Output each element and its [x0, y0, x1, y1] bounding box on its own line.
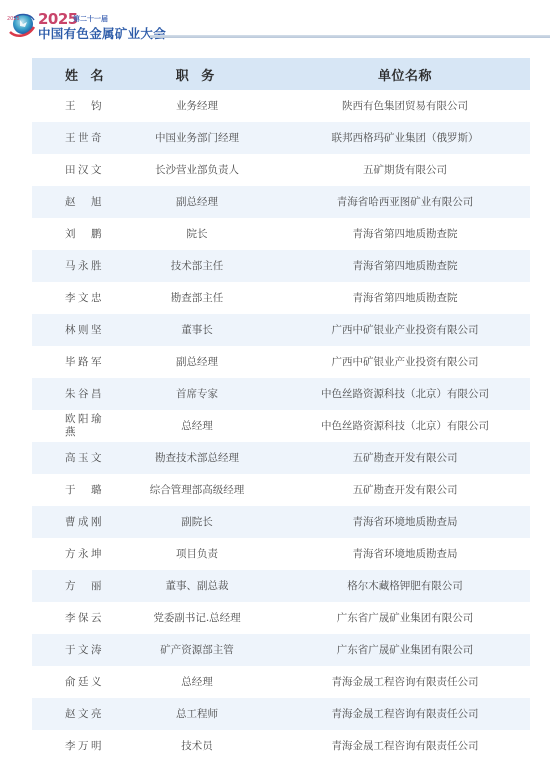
- organization-cell: 中色丝路资源科技（北京）有限公司: [280, 410, 530, 442]
- organization-cell: 五矿期货有限公司: [280, 154, 530, 186]
- table-row: 毕路军副总经理广西中矿银业产业投资有限公司: [32, 346, 530, 378]
- name-cell: 于文涛: [32, 634, 114, 666]
- name-cell: 方 丽: [32, 570, 114, 602]
- table-row: 田汉文长沙营业部负责人五矿期货有限公司: [32, 154, 530, 186]
- position-cell: 副院长: [114, 506, 280, 538]
- position-cell: 勘查技术部总经理: [114, 442, 280, 474]
- position-cell: 业务经理: [114, 90, 280, 122]
- name-cell: 马永胜: [32, 250, 114, 282]
- table-row: 李文忠勘查部主任青海省第四地质勘查院: [32, 282, 530, 314]
- organization-cell: 青海省哈西亚图矿业有限公司: [280, 186, 530, 218]
- table-row: 李保云党委副书记.总经理广东省广晟矿业集团有限公司: [32, 602, 530, 634]
- name-cell: 林则坚: [32, 314, 114, 346]
- conference-banner: 2025 2025 第二十一届 中国有色金属矿业大会: [0, 0, 550, 50]
- name-cell: 高玉文: [32, 442, 114, 474]
- organization-cell: 广西中矿银业产业投资有限公司: [280, 314, 530, 346]
- table-row: 方永坤项目负责青海省环境地质勘查局: [32, 538, 530, 570]
- table-row: 方 丽董事、副总裁格尔木藏格钾肥有限公司: [32, 570, 530, 602]
- organization-cell: 陕西有色集团贸易有限公司: [280, 90, 530, 122]
- position-cell: 中国业务部门经理: [114, 122, 280, 154]
- name-cell: 李万明: [32, 730, 114, 762]
- position-cell: 院长: [114, 218, 280, 250]
- position-cell: 技术部主任: [114, 250, 280, 282]
- table-row: 王世奇中国业务部门经理联邦西格玛矿业集团（俄罗斯）: [32, 122, 530, 154]
- position-cell: 综合管理部高级经理: [114, 474, 280, 506]
- column-header-name: 姓 名: [32, 58, 114, 90]
- name-cell: 赵文亮: [32, 698, 114, 730]
- table-row: 俞廷义总经理青海金晟工程咨询有限责任公司: [32, 666, 530, 698]
- table-row: 刘 鹏院长青海省第四地质勘查院: [32, 218, 530, 250]
- position-cell: 长沙营业部负责人: [114, 154, 280, 186]
- organization-cell: 青海金晟工程咨询有限责任公司: [280, 666, 530, 698]
- position-cell: 党委副书记.总经理: [114, 602, 280, 634]
- column-header-position: 职 务: [114, 58, 280, 90]
- table-row: 于文涛矿产资源部主管广东省广晟矿业集团有限公司: [32, 634, 530, 666]
- name-cell: 王世奇: [32, 122, 114, 154]
- name-cell: 田汉文: [32, 154, 114, 186]
- table-row: 欧阳瑜燕总经理中色丝路资源科技（北京）有限公司: [32, 410, 530, 442]
- position-cell: 勘查部主任: [114, 282, 280, 314]
- name-cell: 于 璐: [32, 474, 114, 506]
- conference-edition: 第二十一届: [73, 15, 108, 23]
- table-row: 王 钧业务经理陕西有色集团贸易有限公司: [32, 90, 530, 122]
- organization-cell: 中色丝路资源科技（北京）有限公司: [280, 378, 530, 410]
- table-row: 赵 旭副总经理青海省哈西亚图矿业有限公司: [32, 186, 530, 218]
- organization-cell: 五矿勘查开发有限公司: [280, 474, 530, 506]
- table-row: 李万明技术员青海金晟工程咨询有限责任公司: [32, 730, 530, 762]
- organization-cell: 联邦西格玛矿业集团（俄罗斯）: [280, 122, 530, 154]
- organization-cell: 青海省环境地质勘查局: [280, 506, 530, 538]
- globe-logo-icon: 2025: [6, 10, 36, 40]
- organization-cell: 广西中矿银业产业投资有限公司: [280, 346, 530, 378]
- name-cell: 赵 旭: [32, 186, 114, 218]
- position-cell: 技术员: [114, 730, 280, 762]
- banner-divider: [150, 35, 550, 38]
- position-cell: 董事长: [114, 314, 280, 346]
- organization-cell: 青海金晟工程咨询有限责任公司: [280, 698, 530, 730]
- svg-text:2025: 2025: [7, 16, 20, 22]
- name-cell: 欧阳瑜燕: [32, 410, 114, 442]
- conference-year: 2025: [38, 12, 78, 27]
- column-header-organization: 单位名称: [280, 58, 530, 90]
- organization-cell: 青海省第四地质勘查院: [280, 282, 530, 314]
- position-cell: 副总经理: [114, 186, 280, 218]
- name-cell: 毕路军: [32, 346, 114, 378]
- name-cell: 刘 鹏: [32, 218, 114, 250]
- organization-cell: 五矿勘查开发有限公司: [280, 442, 530, 474]
- position-cell: 首席专家: [114, 378, 280, 410]
- organization-cell: 格尔木藏格钾肥有限公司: [280, 570, 530, 602]
- name-cell: 王 钧: [32, 90, 114, 122]
- name-cell: 曹成刚: [32, 506, 114, 538]
- position-cell: 项目负责: [114, 538, 280, 570]
- table-row: 林则坚董事长广西中矿银业产业投资有限公司: [32, 314, 530, 346]
- organization-cell: 广东省广晟矿业集团有限公司: [280, 634, 530, 666]
- organization-cell: 青海省环境地质勘查局: [280, 538, 530, 570]
- table-row: 高玉文勘查技术部总经理五矿勘查开发有限公司: [32, 442, 530, 474]
- conference-name: 中国有色金属矿业大会: [38, 27, 166, 41]
- table-row: 马永胜技术部主任青海省第四地质勘查院: [32, 250, 530, 282]
- table-row: 曹成刚副院长青海省环境地质勘查局: [32, 506, 530, 538]
- table-header-row: 姓 名 职 务 单位名称: [32, 58, 530, 90]
- position-cell: 总工程师: [114, 698, 280, 730]
- attendee-table: 姓 名 职 务 单位名称 王 钧业务经理陕西有色集团贸易有限公司王世奇中国业务部…: [32, 58, 530, 762]
- name-cell: 朱谷昌: [32, 378, 114, 410]
- organization-cell: 青海省第四地质勘查院: [280, 218, 530, 250]
- position-cell: 总经理: [114, 410, 280, 442]
- name-cell: 李文忠: [32, 282, 114, 314]
- organization-cell: 青海金晟工程咨询有限责任公司: [280, 730, 530, 762]
- table-row: 朱谷昌首席专家中色丝路资源科技（北京）有限公司: [32, 378, 530, 410]
- position-cell: 矿产资源部主管: [114, 634, 280, 666]
- name-cell: 俞廷义: [32, 666, 114, 698]
- position-cell: 总经理: [114, 666, 280, 698]
- table-row: 于 璐综合管理部高级经理五矿勘查开发有限公司: [32, 474, 530, 506]
- position-cell: 董事、副总裁: [114, 570, 280, 602]
- position-cell: 副总经理: [114, 346, 280, 378]
- name-cell: 方永坤: [32, 538, 114, 570]
- organization-cell: 青海省第四地质勘查院: [280, 250, 530, 282]
- organization-cell: 广东省广晟矿业集团有限公司: [280, 602, 530, 634]
- name-cell: 李保云: [32, 602, 114, 634]
- table-row: 赵文亮总工程师青海金晟工程咨询有限责任公司: [32, 698, 530, 730]
